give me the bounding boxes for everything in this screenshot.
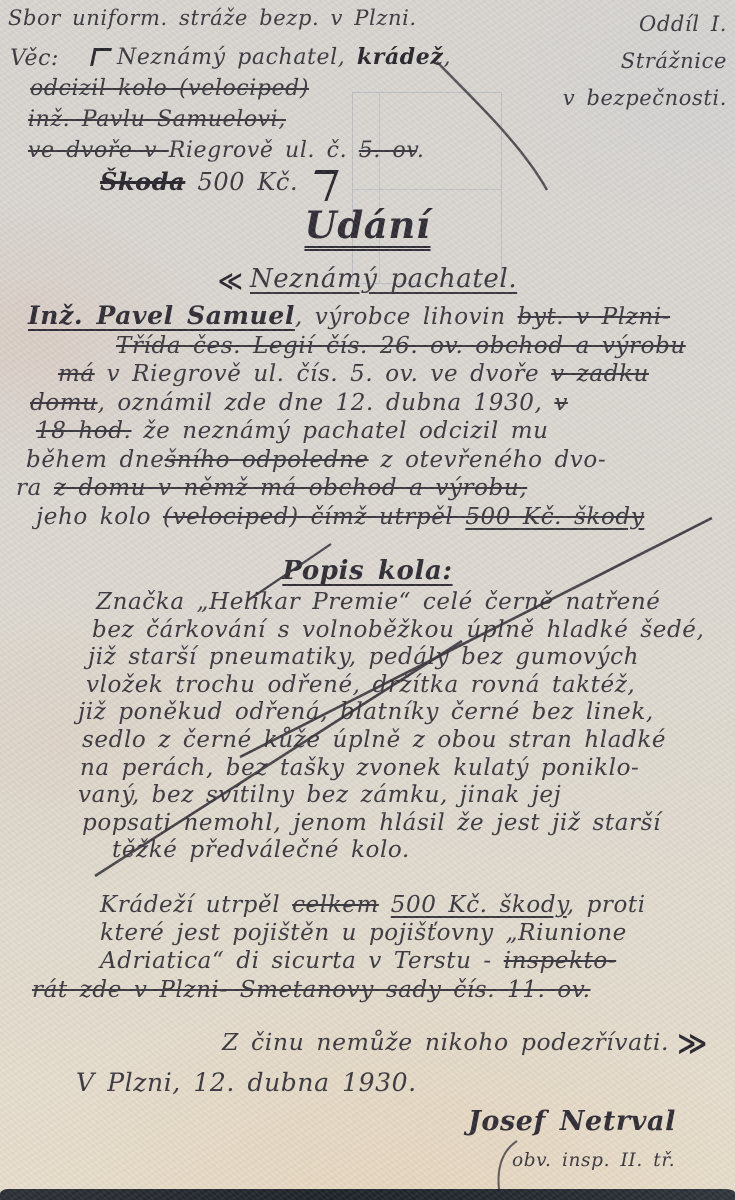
text-segment: vaný, bez svítilny bez zámku, jinak jej (78, 782, 561, 808)
text-line: které jest pojištěn u pojišťovny „Riunio… (100, 919, 646, 947)
text-segment: má (58, 361, 95, 387)
kradez-flourish-stroke (437, 62, 547, 190)
bottom-scan-edge (0, 1189, 735, 1200)
text-segment: během dne (26, 447, 164, 473)
text-segment: Škoda (100, 167, 185, 196)
text-segment: ≫ (677, 1026, 705, 1060)
text-line: rát zde v Plzni- Smetanovy sady čís. 11.… (32, 976, 646, 1004)
text-segment: krádež (357, 44, 444, 70)
text-line: ra z domu v němž má obchod a výrobu, (16, 474, 686, 503)
text-line: Z činu nemůže nikoho podezřívati.≫ (222, 1026, 705, 1060)
signature-rank: obv. insp. II. tř. (512, 1150, 675, 1171)
text-segment: (velociped) čímž utrpěl (163, 504, 465, 530)
insertion-open-mark-icon: ≪ (218, 267, 241, 295)
text-line: Třída čes. Legií čís. 26. ov. obchod a v… (116, 332, 686, 361)
text-segment: domu (30, 390, 98, 416)
text-line: Značka „Helikar Premie“ celé černě natře… (96, 589, 704, 617)
text-segment: , (443, 45, 451, 70)
text-line: inž. Pavlu Samuelovi, (28, 104, 451, 135)
text-line: vložek trochu odřené, držítka rovná takt… (86, 672, 704, 700)
text-segment: bez čárkování s volnoběžkou úplně hladké… (92, 617, 704, 643)
text-segment: 500 Kč. (185, 168, 298, 196)
text-segment: Inž. Pavel Samuel (28, 301, 295, 330)
text-line: již starší pneumatiky, pedály bez gumový… (88, 644, 704, 672)
text-segment: popsati nemohl, jenom hlásil že jest již… (82, 810, 661, 836)
text-segment: ve dvoře v (28, 138, 169, 163)
signature-name: Josef Netrval (468, 1106, 676, 1137)
dept-line-guardhouse: Strážnice (563, 43, 727, 80)
text-line: domu, oznámil zde dne 12. dubna 1930, v (30, 389, 686, 418)
text-segment: , proti (567, 892, 646, 918)
text-segment: Adriatica“ di sicurta v Terstu - (100, 948, 504, 974)
text-line: má v Riegrově ul. čís. 5. ov. ve dvoře v… (58, 360, 686, 389)
text-segment (90, 48, 112, 66)
bike-description-paragraph: Značka „Helikar Premie“ celé černě natře… (96, 589, 704, 865)
text-line: odcizil kolo (velociped) (30, 73, 451, 104)
text-segment: z domu v němž má obchod a výrobu, (54, 475, 527, 501)
text-line: Neznámý pachatel, krádež, (92, 42, 451, 73)
text-segment: celkem (292, 892, 379, 918)
text-line: 18 hod. že neznámý pachatel odcizil mu (36, 417, 686, 446)
text-line: Inž. Pavel Samuel, výrobce lihovin byt. … (28, 302, 686, 332)
text-line: již poněkud odřená, blatníky černé bez l… (78, 699, 704, 727)
text-segment: byt. v Plzni- (518, 304, 671, 330)
text-segment: na perách, bez tašky zvonek kulatý ponik… (80, 755, 639, 781)
text-segment: již starší pneumatiky, pedály bez gumový… (88, 644, 639, 670)
subject-label: Věc: (10, 46, 59, 71)
text-segment: rát zde v Plzni- Smetanovy sady čís. 11.… (32, 977, 591, 1003)
text-segment: Riegrově ul. č. (169, 138, 359, 163)
text-segment: že neznámý pachatel odcizil mu (131, 418, 548, 444)
text-segment (379, 892, 391, 918)
text-segment: Z činu nemůže nikoho podezřívati. (222, 1028, 669, 1056)
text-line: Škoda 500 Kč. (100, 166, 451, 201)
text-segment: v zadku (551, 361, 649, 387)
text-segment: 500 Kč. škody (391, 892, 567, 918)
text-line: na perách, bez tašky zvonek kulatý ponik… (80, 755, 704, 783)
text-line: popsati nemohl, jenom hlásil že jest již… (82, 810, 704, 838)
department-block: Oddíl I. Strážnice v bezpečnosti. (563, 6, 727, 117)
text-segment: Značka „Helikar Premie“ celé černě natře… (96, 589, 661, 615)
paper: Sbor uniform. stráže bezp. v Plzni. Oddí… (0, 0, 735, 1200)
closing-line: Z činu nemůže nikoho podezřívati.≫ (222, 1026, 705, 1060)
text-segment: v (554, 390, 568, 416)
text-segment: inž. Pavlu Samuelovi, (28, 107, 286, 132)
doc-subtitle: ≪Neznámý pachatel. (0, 264, 735, 295)
report-paragraph: Inž. Pavel Samuel, výrobce lihovin byt. … (28, 302, 686, 531)
text-segment: těžké předválečné kolo. (112, 837, 410, 863)
text-segment (305, 170, 339, 201)
text-segment: 500 Kč. škody (465, 504, 644, 530)
text-segment: Neznámý pachatel, (117, 45, 357, 70)
text-segment: vložek trochu odřené, držítka rovná takt… (86, 672, 635, 698)
text-segment: odcizil kolo (velociped) (30, 76, 309, 101)
text-line: Adriatica“ di sicurta v Terstu - inspekt… (100, 947, 646, 975)
text-segment: ra (16, 475, 54, 501)
text-segment: . (417, 138, 425, 163)
text-line: ve dvoře v Riegrově ul. č. 5. ov. (28, 135, 451, 166)
text-segment: inspekto- (504, 948, 617, 974)
text-line: jeho kolo (velociped) čímž utrpěl 500 Kč… (36, 503, 686, 532)
bike-description-heading: Popis kola: (0, 556, 735, 586)
text-line: během dnešního odpoledne z otevřeného dv… (26, 446, 686, 475)
text-segment: z otevřeného dvo- (369, 447, 607, 473)
text-segment: šního odpoledne (164, 447, 368, 473)
text-line: bez čárkování s volnoběžkou úplně hladké… (92, 617, 704, 645)
text-line: těžké předválečné kolo. (112, 837, 704, 865)
office-line: Sbor uniform. stráže bezp. v Plzni. (8, 6, 417, 30)
text-line: Krádeží utrpěl celkem 500 Kč. škody, pro… (100, 891, 646, 919)
text-segment: 5. ov (359, 138, 417, 163)
text-segment: sedlo z černé kůže úplně z obou stran hl… (82, 727, 666, 753)
text-segment: , výrobce lihovin (295, 304, 518, 330)
text-line: sedlo z černé kůže úplně z obou stran hl… (82, 727, 704, 755)
text-segment: Krádeží utrpěl (100, 892, 292, 918)
dept-line-section: Oddíl I. (563, 6, 727, 43)
subject-block: Neznámý pachatel, krádež,odcizil kolo (v… (92, 42, 451, 201)
text-segment: v Riegrově ul. čís. 5. ov. ve dvoře (95, 361, 551, 387)
dept-line-security: v bezpečnosti. (563, 80, 727, 117)
text-line: vaný, bez svítilny bez zámku, jinak jej (78, 782, 704, 810)
insurance-paragraph: Krádeží utrpěl celkem 500 Kč. škody, pro… (100, 891, 646, 1004)
doc-subtitle-text: Neznámý pachatel. (250, 264, 517, 294)
text-segment: 18 hod. (36, 418, 131, 444)
text-segment: Třída čes. Legií čís. 26. ov. obchod a v… (116, 333, 686, 359)
date-line: V Plzni, 12. dubna 1930. (76, 1068, 417, 1097)
doc-title: Udání (0, 203, 735, 247)
text-segment: , oznámil zde dne 12. dubna 1930, (98, 390, 555, 416)
text-segment: jeho kolo (36, 504, 163, 530)
text-segment: které jest pojištěn u pojišťovny „Riunio… (100, 920, 627, 946)
text-segment: již poněkud odřená, blatníky černé bez l… (78, 699, 654, 725)
